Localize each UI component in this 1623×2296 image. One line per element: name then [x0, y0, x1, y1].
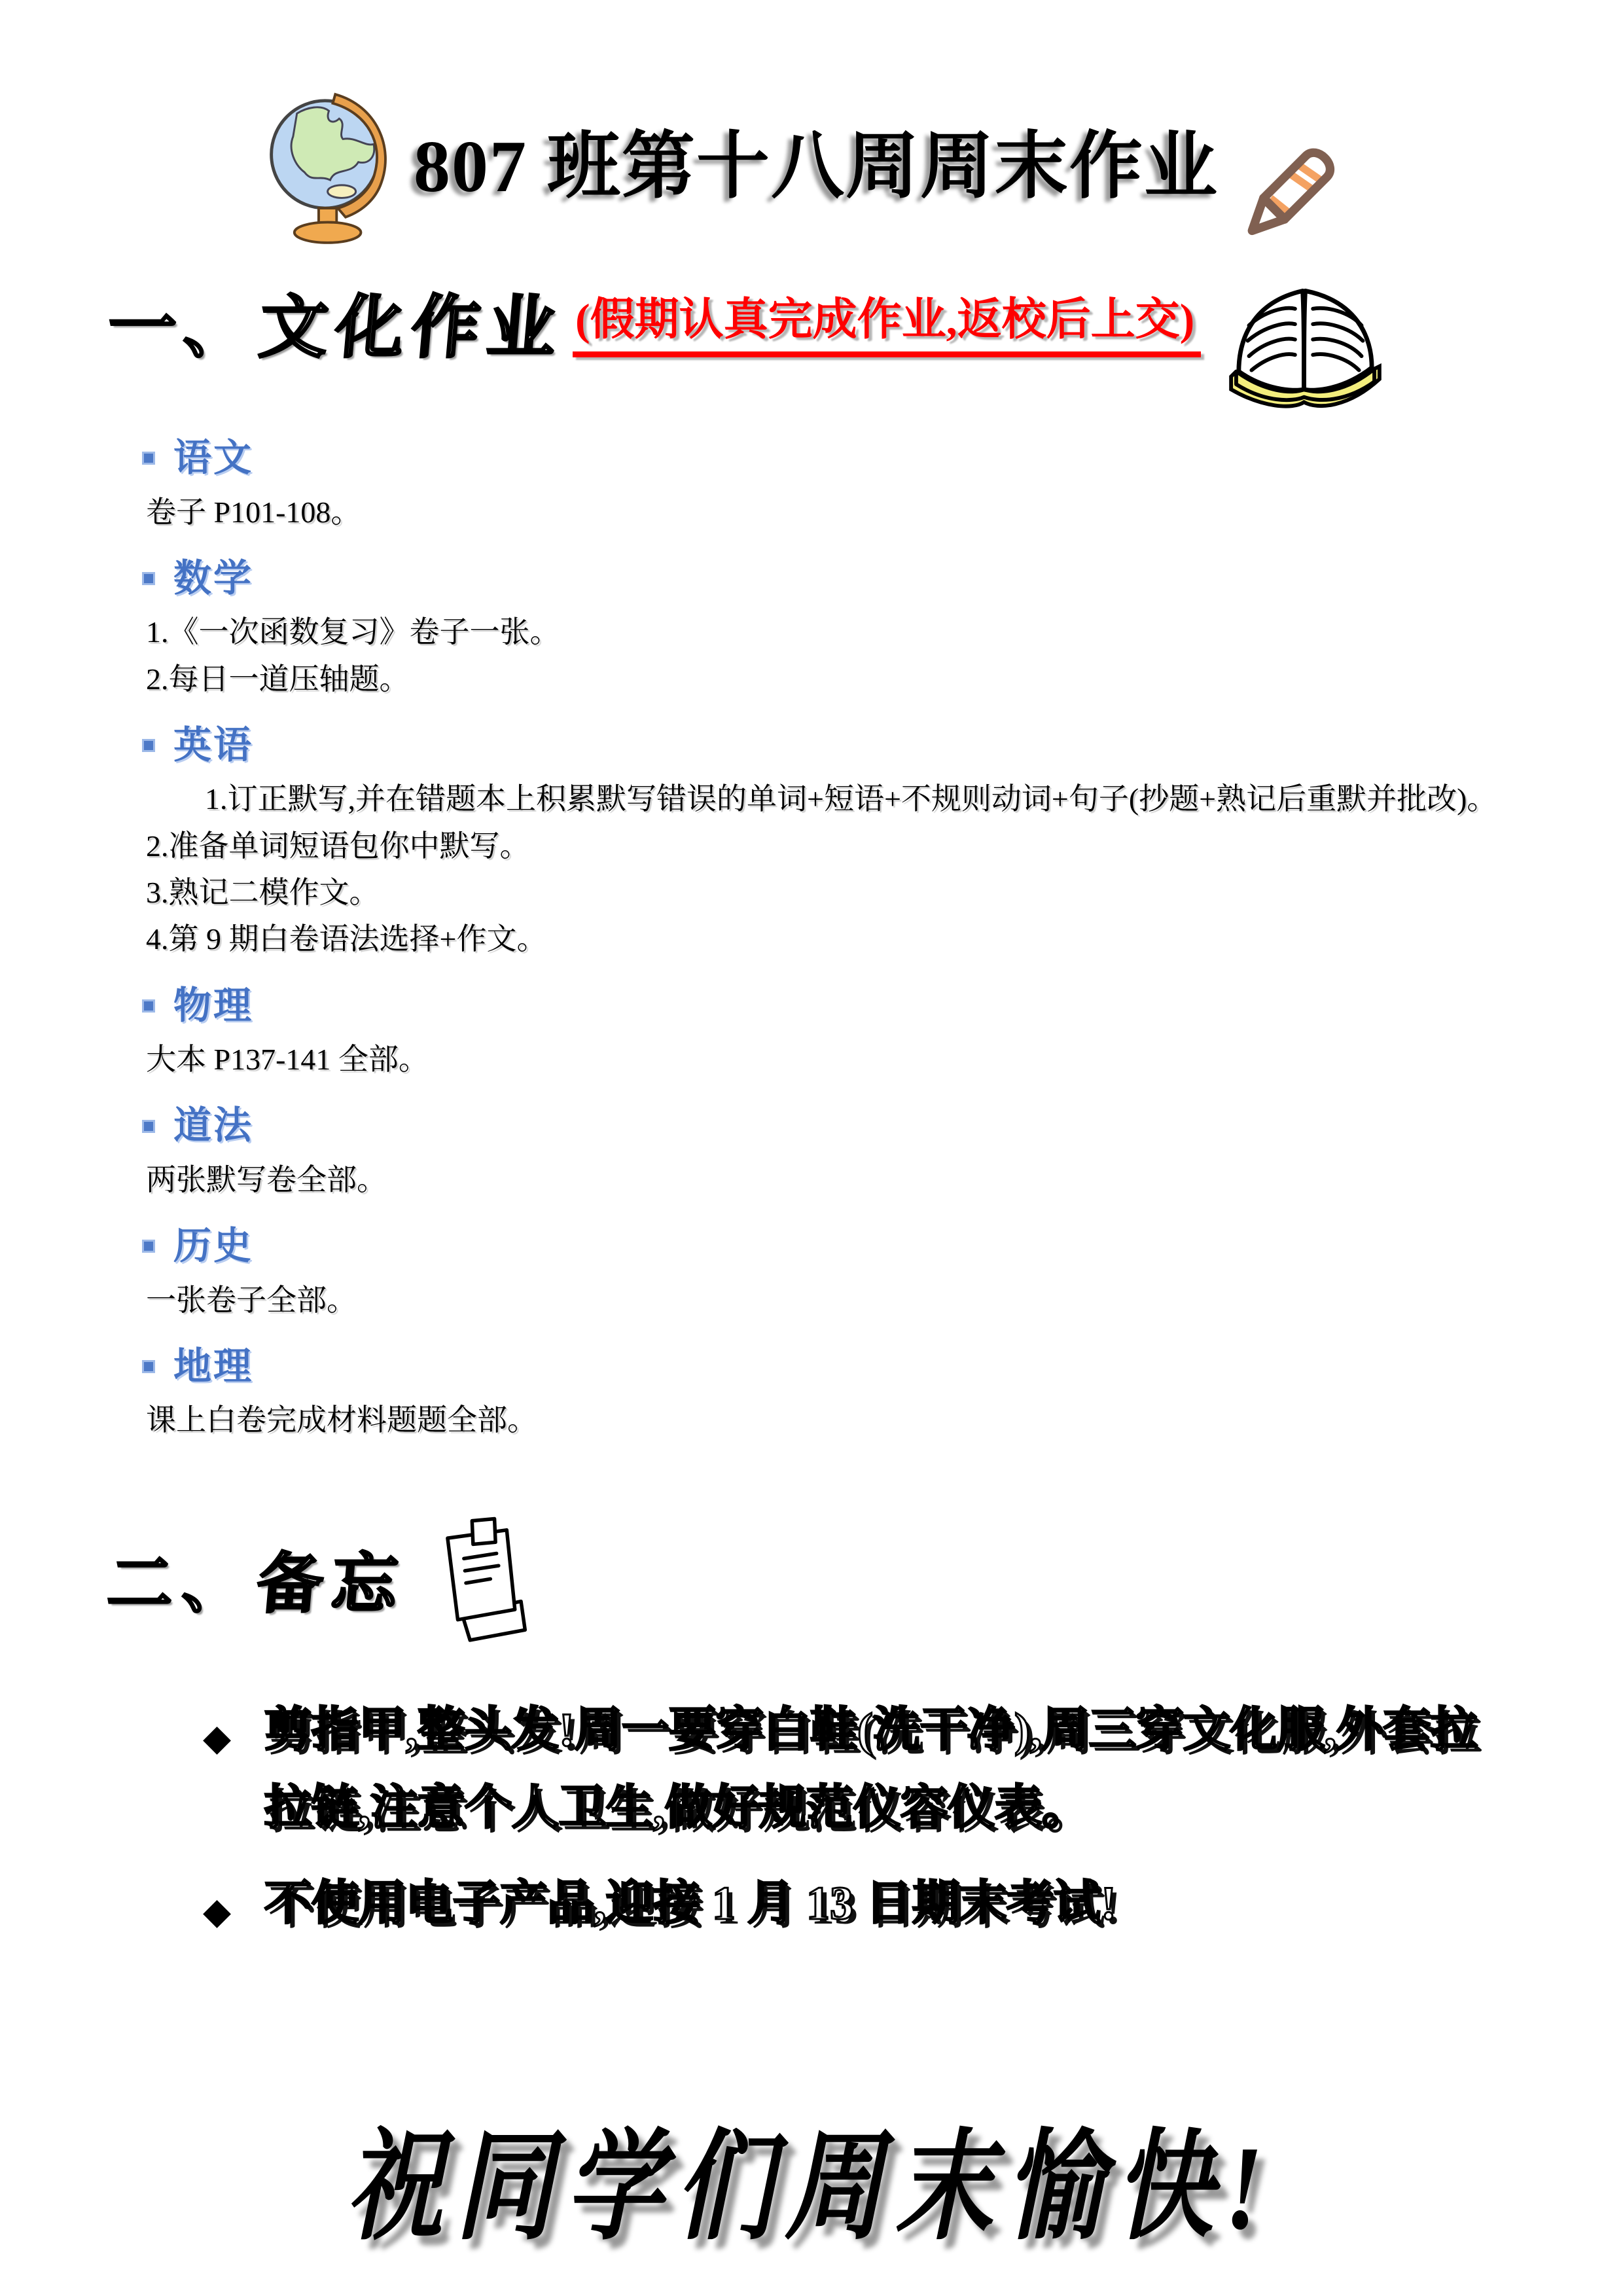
- homework-item: 3.熟记二模作文。: [146, 869, 1512, 916]
- subject-block-chinese: 语文 卷子 P101-108。: [108, 435, 1512, 535]
- subject-name: 道法: [173, 1102, 253, 1150]
- square-bullet-icon: [142, 739, 155, 752]
- square-bullet-icon: [142, 1360, 155, 1373]
- pencil-icon: [1228, 128, 1352, 262]
- subject-heading: 物理: [142, 982, 1512, 1030]
- homework-notice-page: 807 班第十八周周末作业 一、文化作业 (假期认真完成作业,返校后上交): [0, 0, 1623, 2296]
- subject-name: 英语: [173, 722, 253, 770]
- subject-heading: 语文: [142, 435, 1512, 482]
- subject-block-physics: 物理 大本 P137-141 全部。: [108, 982, 1512, 1083]
- subject-block-history: 历史 一张卷子全部。: [108, 1223, 1512, 1323]
- homework-item: 2.准备单词短语包你中默写。: [146, 823, 1512, 869]
- homework-item: 1.《一次函数复习》卷子一张。: [146, 609, 1512, 655]
- globe-icon: [261, 90, 402, 244]
- section1-heading: 一、文化作业: [103, 279, 567, 378]
- square-bullet-icon: [142, 1240, 155, 1253]
- subject-name: 语文: [173, 435, 253, 482]
- homework-item: 课上白卷完成材料题题全部。: [146, 1397, 1512, 1443]
- square-bullet-icon: [142, 572, 155, 585]
- subject-block-english: 英语 1.订正默写,并在错题本上积累默写错误的单词+短语+不规则动词+句子(抄题…: [108, 722, 1512, 963]
- memo-list: ◆ 剪指甲,整头发!周一要穿白鞋(洗干净),周三穿文化服,外套拉拉链,注意个人卫…: [108, 1691, 1512, 1943]
- subject-heading: 道法: [142, 1102, 1512, 1150]
- subject-name: 地理: [173, 1343, 253, 1391]
- homework-item: 两张默写卷全部。: [146, 1157, 1512, 1203]
- homework-item: 4.第 9 期白卷语法选择+作文。: [146, 916, 1512, 962]
- open-book-icon: [1228, 274, 1382, 415]
- square-bullet-icon: [142, 452, 155, 465]
- subject-name: 物理: [173, 982, 253, 1030]
- title-row: 807 班第十八周周末作业: [101, 90, 1512, 262]
- subject-block-morality-law: 道法 两张默写卷全部。: [108, 1102, 1512, 1203]
- subject-list: 语文 卷子 P101-108。 数学 1.《一次函数复习》卷子一张。 2.每日一…: [108, 435, 1512, 1444]
- memo-item-text: 剪指甲,整头发!周一要穿白鞋(洗干净),周三穿文化服,外套拉拉链,注意个人卫生,…: [264, 1704, 1478, 1835]
- memo-notes-icon: [431, 1507, 528, 1662]
- page-title: 807 班第十八周周末作业: [414, 90, 1219, 244]
- subject-heading: 英语: [142, 722, 1512, 770]
- memo-item: ◆ 不使用电子产品,迎接 1 月 13 日期末考试!: [203, 1865, 1512, 1943]
- section2-header: 二、备忘: [108, 1507, 1512, 1662]
- section1-header: 一、文化作业 (假期认真完成作业,返校后上交): [108, 279, 1512, 415]
- section2-heading: 二、备忘: [103, 1535, 410, 1634]
- subject-name: 历史: [173, 1223, 253, 1270]
- homework-item: 大本 P137-141 全部。: [146, 1036, 1512, 1083]
- homework-item: 一张卷子全部。: [146, 1277, 1512, 1323]
- subject-heading: 地理: [142, 1343, 1512, 1391]
- memo-item: ◆ 剪指甲,整头发!周一要穿白鞋(洗干净),周三穿文化服,外套拉拉链,注意个人卫…: [203, 1691, 1512, 1848]
- blessing-text: 祝同学们周末愉快!: [108, 2090, 1512, 2263]
- square-bullet-icon: [142, 1120, 155, 1133]
- subject-name: 数学: [173, 555, 253, 603]
- subject-heading: 数学: [142, 555, 1512, 603]
- subject-block-math: 数学 1.《一次函数复习》卷子一张。 2.每日一道压轴题。: [108, 555, 1512, 702]
- section1-note: (假期认真完成作业,返校后上交): [573, 290, 1201, 357]
- memo-item-text: 不使用电子产品,迎接 1 月 13 日期末考试!: [264, 1877, 1116, 1929]
- subject-block-geography: 地理 课上白卷完成材料题题全部。: [108, 1343, 1512, 1444]
- homework-item: 卷子 P101-108。: [146, 489, 1512, 535]
- homework-item: 1.订正默写,并在错题本上积累默写错误的单词+短语+不规则动词+句子(抄题+熟记…: [108, 776, 1512, 822]
- diamond-bullet-icon: ◆: [203, 1708, 231, 1769]
- subject-heading: 历史: [142, 1223, 1512, 1270]
- square-bullet-icon: [142, 999, 155, 1013]
- diamond-bullet-icon: ◆: [203, 1882, 231, 1943]
- homework-item: 2.每日一道压轴题。: [146, 656, 1512, 702]
